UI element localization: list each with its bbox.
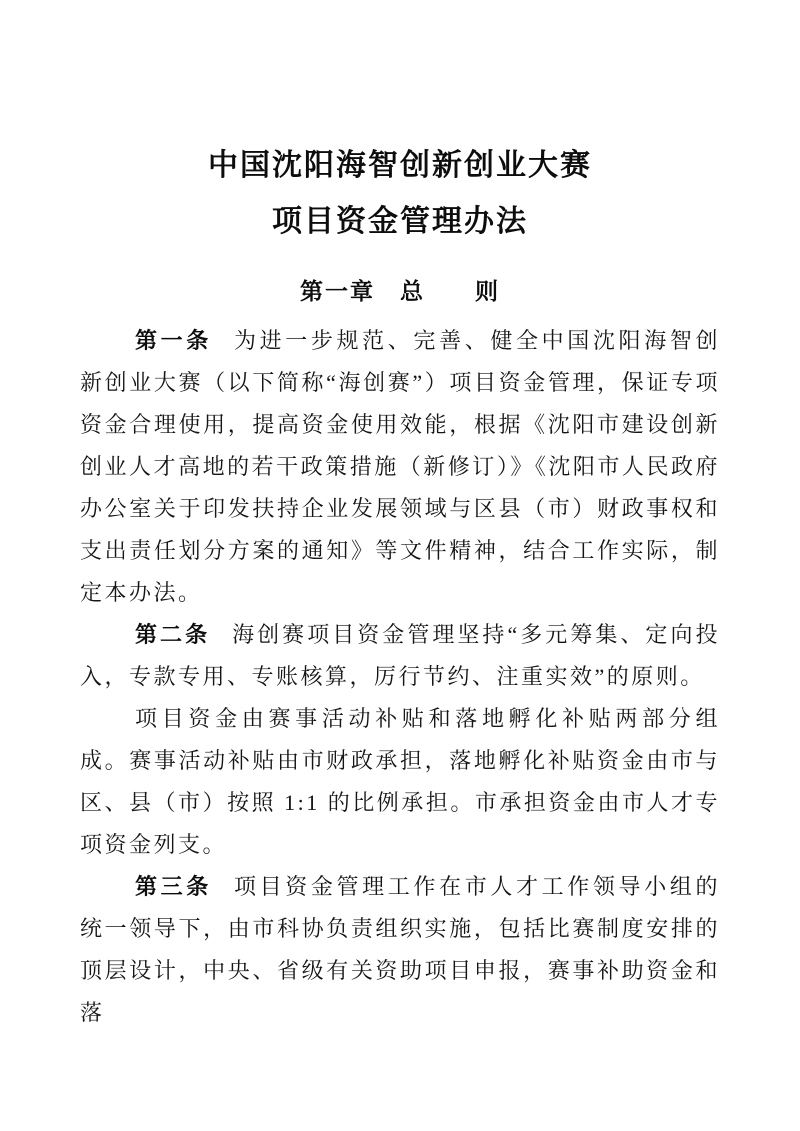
document-title-line-1: 中国沈阳海智创新创业大赛 (80, 138, 720, 194)
document-body: 第一条为进一步规范、完善、健全中国沈阳海智创新创业大赛（以下简称“海创赛”）项目… (80, 320, 720, 1034)
chapter-heading: 第一章 总 则 (80, 276, 720, 306)
article-3-label: 第三条 (135, 874, 212, 899)
document-title-line-2: 项目资金管理办法 (80, 194, 720, 250)
article-3-paragraph: 第三条项目资金管理工作在市人才工作领导小组的统一领导下，由市科协负责组织实施，包… (80, 866, 720, 1034)
article-1-label: 第一条 (135, 328, 212, 353)
article-2-label: 第二条 (135, 622, 210, 647)
article-2-continuation-paragraph: 项目资金由赛事活动补贴和落地孵化补贴两部分组成。赛事活动补贴由市财政承担，落地孵… (80, 698, 720, 866)
article-2-continuation-text: 项目资金由赛事活动补贴和落地孵化补贴两部分组成。赛事活动补贴由市财政承担，落地孵… (80, 706, 720, 857)
document-title: 中国沈阳海智创新创业大赛 项目资金管理办法 (80, 138, 720, 250)
article-2-paragraph: 第二条海创赛项目资金管理坚持“多元筹集、定向投入，专款专用、专账核算，厉行节约、… (80, 614, 720, 698)
article-1-text: 为进一步规范、完善、健全中国沈阳海智创新创业大赛（以下简称“海创赛”）项目资金管… (80, 328, 720, 605)
document-page: 中国沈阳海智创新创业大赛 项目资金管理办法 第一章 总 则 第一条为进一步规范、… (0, 0, 800, 1131)
article-1-paragraph: 第一条为进一步规范、完善、健全中国沈阳海智创新创业大赛（以下简称“海创赛”）项目… (80, 320, 720, 614)
